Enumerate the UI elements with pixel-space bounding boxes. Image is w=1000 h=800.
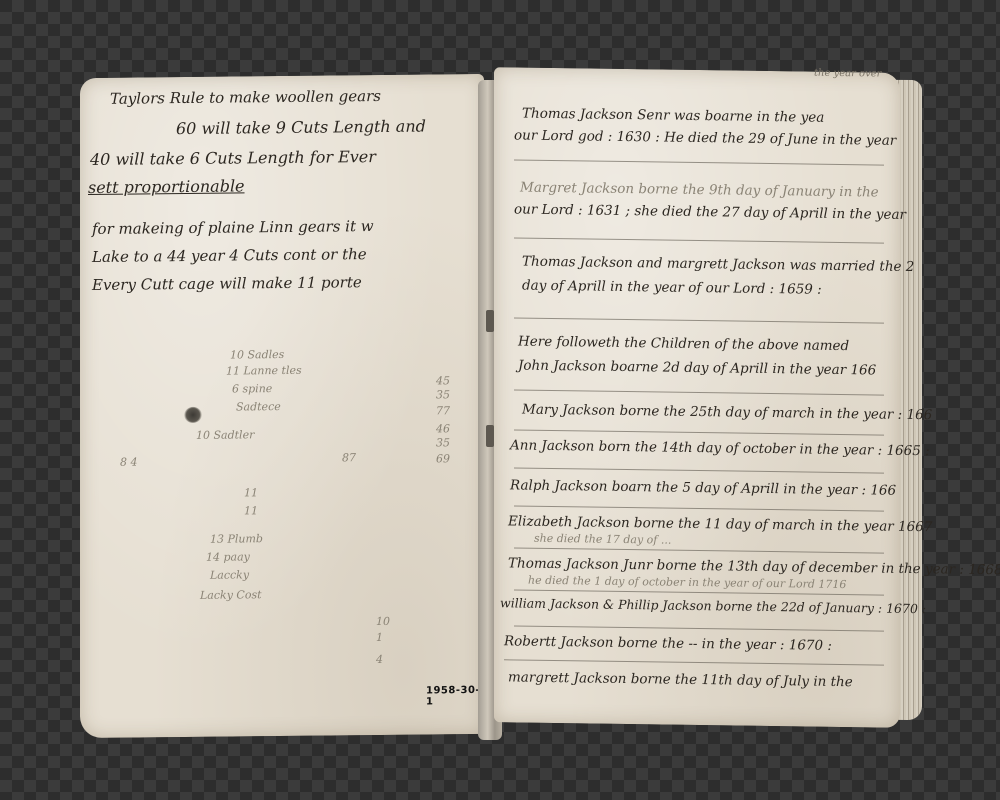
figure: 46 [436,422,450,435]
ruled-line [514,547,884,553]
register-entry-line2: day of Aprill in the year of our Lord : … [522,278,822,298]
calc-label: 14 paay [206,550,250,563]
register-entry: Margret Jackson borne the 9th day of Jan… [520,180,879,201]
calc-label: Lacky Cost [200,588,262,602]
text-line: for makeing of plaine Linn gears it w [92,217,374,238]
ink-blot [184,407,202,423]
left-page: Taylors Rule to make woollen gears 60 wi… [80,74,484,738]
figure: 11 [244,504,258,517]
calc-label: Laccky [210,568,249,581]
figure: 77 [436,404,450,417]
register-entry-line2: John Jackson boarne 2d day of Aprill in … [518,358,876,379]
register-entry: Thomas Jackson and margrett Jackson was … [522,254,914,275]
text-line: 60 will take 9 Cuts Length and [176,116,426,138]
figure: 4 [376,653,383,666]
calc-label: 10 Sadles [230,348,284,362]
rule-heading: Taylors Rule to make woollen gears [110,87,381,108]
ruled-line [514,389,884,395]
spine-stitch [486,310,494,332]
figure: 11 [244,486,258,499]
ruled-line [514,467,884,473]
calc-label: 10 Sadtler [196,428,254,442]
register-entry: Ralph Jackson boarn the 5 day of Aprill … [510,477,896,498]
register-entry: Mary Jackson borne the 25th day of march… [522,402,932,424]
register-entry: Ann Jackson born the 14th day of october… [510,437,930,459]
register-entry: margrett Jackson borne the 11th day of J… [508,669,853,690]
top-note: the year over [814,68,881,80]
calc-label: 6 spine [232,382,272,395]
register-entry: Thomas Jackson Senr was boarne in the ye… [522,106,824,126]
catalog-number-label: 1958-30-1 [426,685,484,708]
ruled-line [514,317,884,323]
open-notebook: Taylors Rule to make woollen gears 60 wi… [0,0,1000,800]
ruled-line [504,659,884,665]
calc-label: 11 Lanne tles [226,364,302,378]
register-entry-line2: our Lord : 1631 ; she died the 27 day of… [514,201,906,222]
ruled-line [514,159,884,165]
figure: 35 [436,436,450,449]
right-page: the year over Thomas Jackson Senr was bo… [494,67,900,728]
ruled-line [514,237,884,243]
figure: 87 [342,451,356,464]
ruled-line [514,505,884,511]
register-entry-note: he died the 1 day of october in the year… [528,574,846,591]
text-line: sett proportionable [88,176,245,197]
spine-stitch [486,425,494,447]
register-entry-note: she died the 17 day of ... [534,532,671,547]
figure: 35 [436,388,450,401]
register-entry: Here followeth the Children of the above… [518,334,849,355]
figure: 45 [436,374,450,387]
calc-label: Sadtece [236,400,281,413]
register-entry: Robertt Jackson borne the -- in the year… [504,633,832,654]
figure: 69 [436,452,450,465]
figure: 8 4 [120,456,138,469]
register-entry-line2: our Lord god : 1630 : He died the 29 of … [514,127,896,148]
text-line: 40 will take 6 Cuts Length for Ever [90,147,376,169]
ruled-line [514,625,884,631]
figure: 10 [376,615,390,628]
text-line: Every Cutt cage will make 11 porte [92,273,362,294]
ruled-line [514,429,884,435]
register-entry: william Jackson & Phillip Jackson borne … [500,595,926,616]
text-line: Lake to a 44 year 4 Cuts cont or the [92,245,367,266]
figure: 1 [376,631,383,644]
calc-label: 13 Plumb [210,532,263,546]
